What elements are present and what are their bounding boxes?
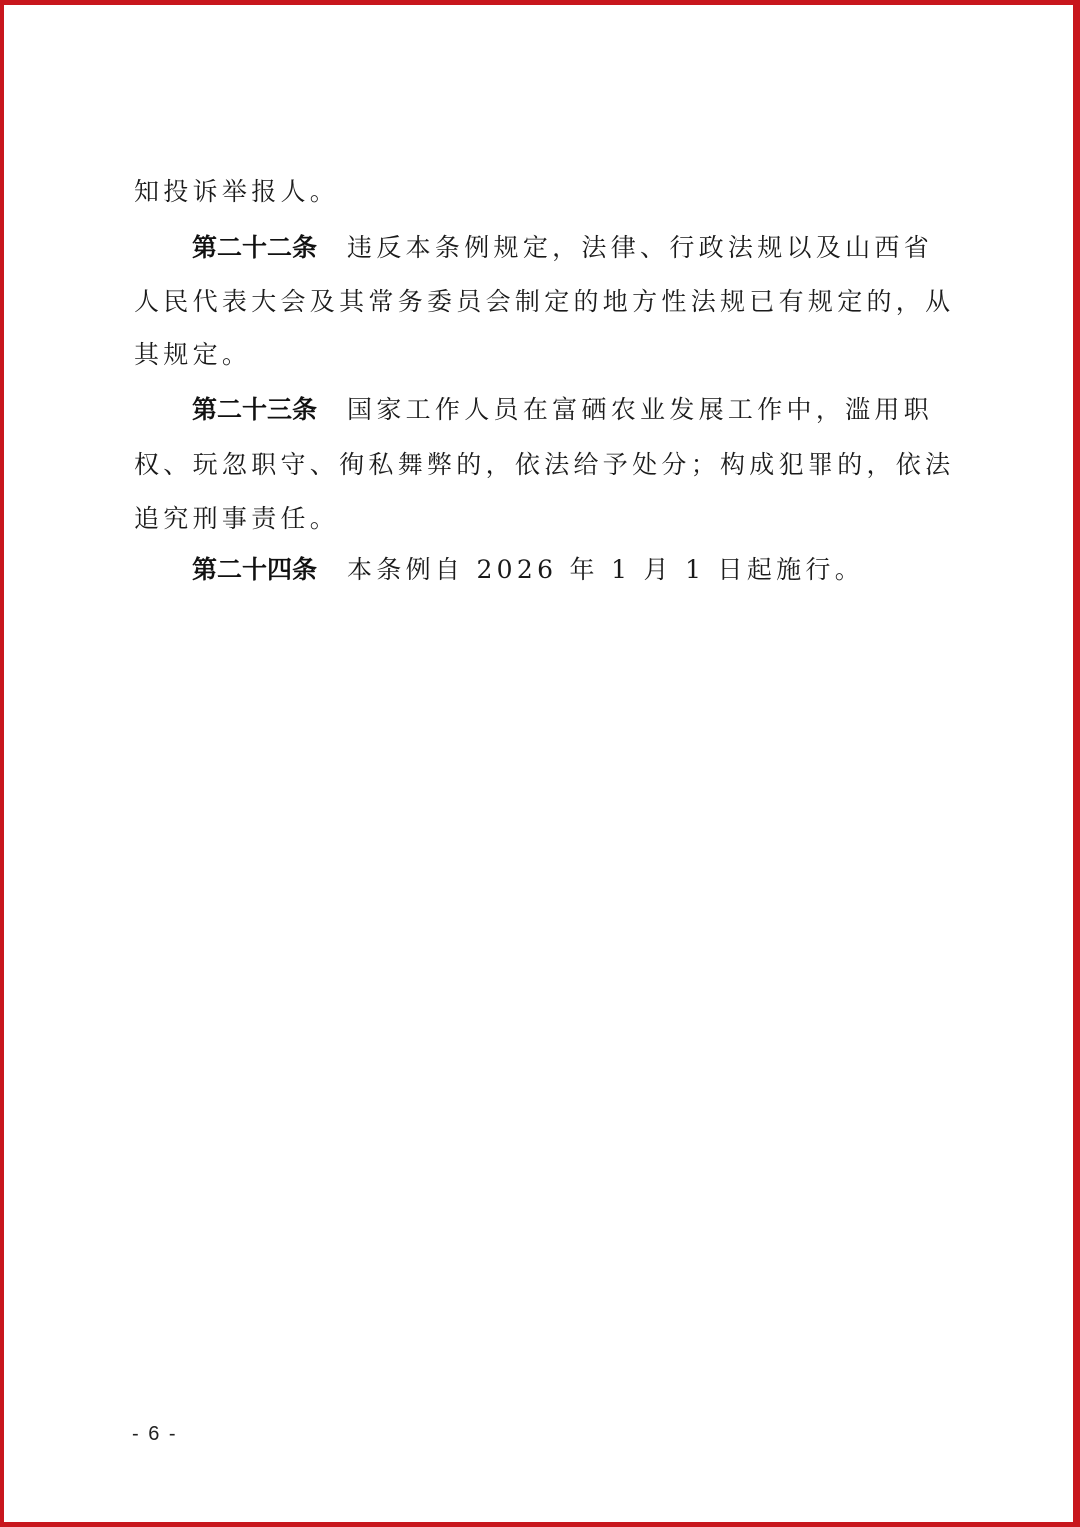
line-text: 知投诉举报人。	[134, 177, 339, 206]
article-22-line-1: 第二十二条违反本条例规定，法律、行政法规以及山西省	[192, 233, 933, 263]
line-text: 人民代表大会及其常务委员会制定的地方性法规已有规定的，从	[134, 287, 954, 316]
line-text: 追究刑事责任。	[134, 504, 339, 533]
page-number: - 6 -	[132, 1423, 178, 1446]
article-23-line-2: 权、玩忽职守、徇私舞弊的，依法给予处分；构成犯罪的，依法	[134, 450, 954, 480]
continuation-line: 知投诉举报人。	[134, 177, 339, 207]
article-number: 第二十三条	[192, 395, 317, 424]
line-text: 权、玩忽职守、徇私舞弊的，依法给予处分；构成犯罪的，依法	[134, 450, 954, 479]
article-23-line-1: 第二十三条国家工作人员在富硒农业发展工作中，滥用职	[192, 395, 933, 425]
article-22-line-2: 人民代表大会及其常务委员会制定的地方性法规已有规定的，从	[134, 287, 954, 317]
article-23-line-3: 追究刑事责任。	[134, 504, 339, 534]
line-text: 违反本条例规定，法律、行政法规以及山西省	[347, 233, 933, 262]
article-number: 第二十二条	[192, 233, 317, 262]
line-text: 其规定。	[134, 340, 251, 369]
line-text: 国家工作人员在富硒农业发展工作中，滥用职	[347, 395, 933, 424]
document-page: 知投诉举报人。 第二十二条违反本条例规定，法律、行政法规以及山西省 人民代表大会…	[0, 0, 1080, 1527]
line-text: 本条例自 2026 年 1 月 1 日起施行。	[347, 555, 864, 584]
article-24-line-1: 第二十四条本条例自 2026 年 1 月 1 日起施行。	[192, 555, 864, 585]
article-number: 第二十四条	[192, 555, 317, 584]
article-22-line-3: 其规定。	[134, 340, 251, 370]
